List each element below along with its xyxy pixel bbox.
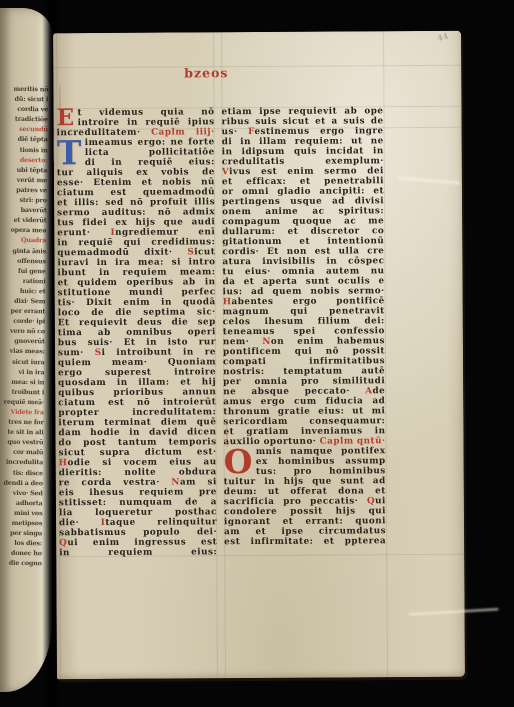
text-segment: i introibunt in re xyxy=(102,347,216,358)
manuscript-photo: meritis nōdū: sicut icordia vetradictiōe… xyxy=(0,0,514,707)
text-segment: erunt· xyxy=(57,228,110,238)
text-segment: nem· xyxy=(223,337,262,347)
illuminated-initial: O xyxy=(224,447,253,476)
parchment-crease xyxy=(398,176,460,184)
facing-page-text-line: vias meas: xyxy=(0,346,48,357)
text-segment: N xyxy=(171,477,180,487)
facing-page-text-line: mini vos xyxy=(0,508,45,519)
facing-page-text-line: te sit in ali xyxy=(0,427,47,438)
manuscript-page: bzeos 44 Et videmus quia nō potuerūtintr… xyxy=(53,31,465,679)
text-segment: re corda vestra· xyxy=(59,478,172,489)
facing-page-text-line: dendi a deo xyxy=(0,477,46,488)
text-segment: Q xyxy=(59,538,67,548)
text-segment: Caplm qntū· xyxy=(320,436,386,446)
facing-page-text-line: tis: disce xyxy=(0,467,46,478)
text-segment: H xyxy=(59,458,68,468)
illuminated-initial: T xyxy=(57,138,82,167)
facing-page-text-line: vero nō co xyxy=(0,326,48,337)
text-segment: Caplm iiij· xyxy=(151,127,215,137)
text-segment: icut xyxy=(194,247,215,257)
text-segment: on enim habemus xyxy=(271,336,385,347)
text-segment: in requiem eius: xyxy=(59,547,217,558)
facing-page-text-line: die cogno xyxy=(0,558,45,569)
text-segment: sum· xyxy=(58,348,95,358)
facing-page-text-line: tres ne for xyxy=(0,417,47,428)
facing-page-text-line: troibunt i xyxy=(0,386,47,397)
text-block: Timeamus ergo: ne forte relicta pollicit… xyxy=(57,137,215,168)
text-line: in requiem eius: xyxy=(59,547,217,558)
text-block: tur aliquis ex vobis deesse· Etenim et n… xyxy=(57,167,217,558)
facing-page-text-line: corde· ipi xyxy=(0,316,48,327)
text-segment: est infirmitate: et ppterea debet xyxy=(224,536,386,547)
text-block: Omnis namque pontifexex hominibus assump… xyxy=(224,446,387,547)
text-segment: de xyxy=(372,386,385,396)
facing-page-text-line: quo vestrū xyxy=(0,437,46,448)
facing-page-text-line: cor malū xyxy=(0,447,46,458)
text-segment: N xyxy=(262,337,271,347)
text-segment: ngrediemur enī xyxy=(115,227,215,238)
facing-page-text-line: mea: si in xyxy=(0,376,47,387)
text-segment: us· xyxy=(222,127,249,137)
facing-page-text-line: los dies: xyxy=(0,538,45,549)
parchment-crease xyxy=(409,608,499,615)
facing-page-text-line: per singu xyxy=(0,528,45,539)
ruling-line xyxy=(53,65,461,68)
text-segment: taque relinquitur xyxy=(105,517,217,528)
text-block: etiam ipse requievit ab operibus suis si… xyxy=(221,106,385,447)
facing-page-text-line: metipsos xyxy=(0,518,45,529)
facing-page-text-line: incredulita xyxy=(0,457,46,468)
text-block: Et videmus quia nō potuerūtintroire in r… xyxy=(56,107,214,128)
text-segment: H xyxy=(223,297,232,307)
text-segment: ui xyxy=(375,496,386,506)
facing-page-text-line: Videte fra xyxy=(0,407,47,418)
text-segment: die· xyxy=(59,518,101,528)
text-column-right: etiam ipse requievit ab operibus suis si… xyxy=(221,106,386,547)
text-column-left: Et videmus quia nō potuerūtintroire in r… xyxy=(56,107,217,558)
folio-pencil-mark: 44 xyxy=(436,31,449,43)
facing-page-text-line: gnoverūt xyxy=(0,336,48,347)
facing-page-text-line: requiē meā· xyxy=(0,397,47,408)
running-title: bzeos xyxy=(184,65,228,80)
facing-page-text-line: donec ho xyxy=(0,548,45,559)
illuminated-initial: E xyxy=(56,108,74,127)
text-line: est infirmitate: et ppterea debet xyxy=(224,536,386,547)
facing-page-text-line: vivo· Sed xyxy=(0,487,46,498)
facing-page-text-line: adhorta xyxy=(0,497,46,508)
text-segment: am si xyxy=(180,477,217,487)
facing-page-text-line: sicut iura xyxy=(0,356,48,367)
facing-page-text-line: vi in ira xyxy=(0,366,47,377)
